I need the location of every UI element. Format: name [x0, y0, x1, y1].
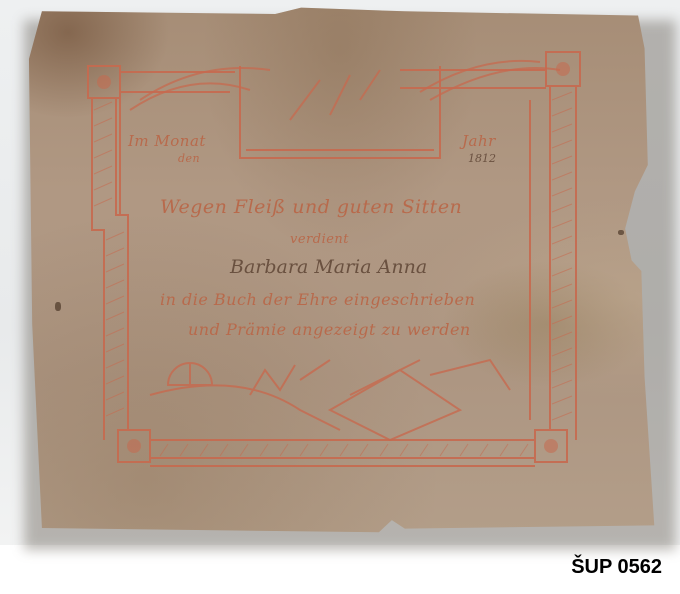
certificate-line-1: Wegen Fleiß und guten Sitten [160, 196, 462, 218]
header-year-label: Jahr [462, 132, 496, 150]
certificate-year: 1812 [468, 152, 496, 165]
certificate-line-4: und Prämie angezeigt zu werden [188, 320, 471, 339]
certificate-line-2: verdient [290, 232, 349, 247]
recipient-name: Barbara Maria Anna [230, 256, 427, 278]
catalog-id-label: ŠUP 0562 [571, 556, 662, 579]
header-day-label: den [178, 152, 200, 165]
certificate-line-3: in die Buch der Ehre eingeschrieben [160, 290, 475, 309]
header-month-label: Im Monat [128, 132, 206, 150]
